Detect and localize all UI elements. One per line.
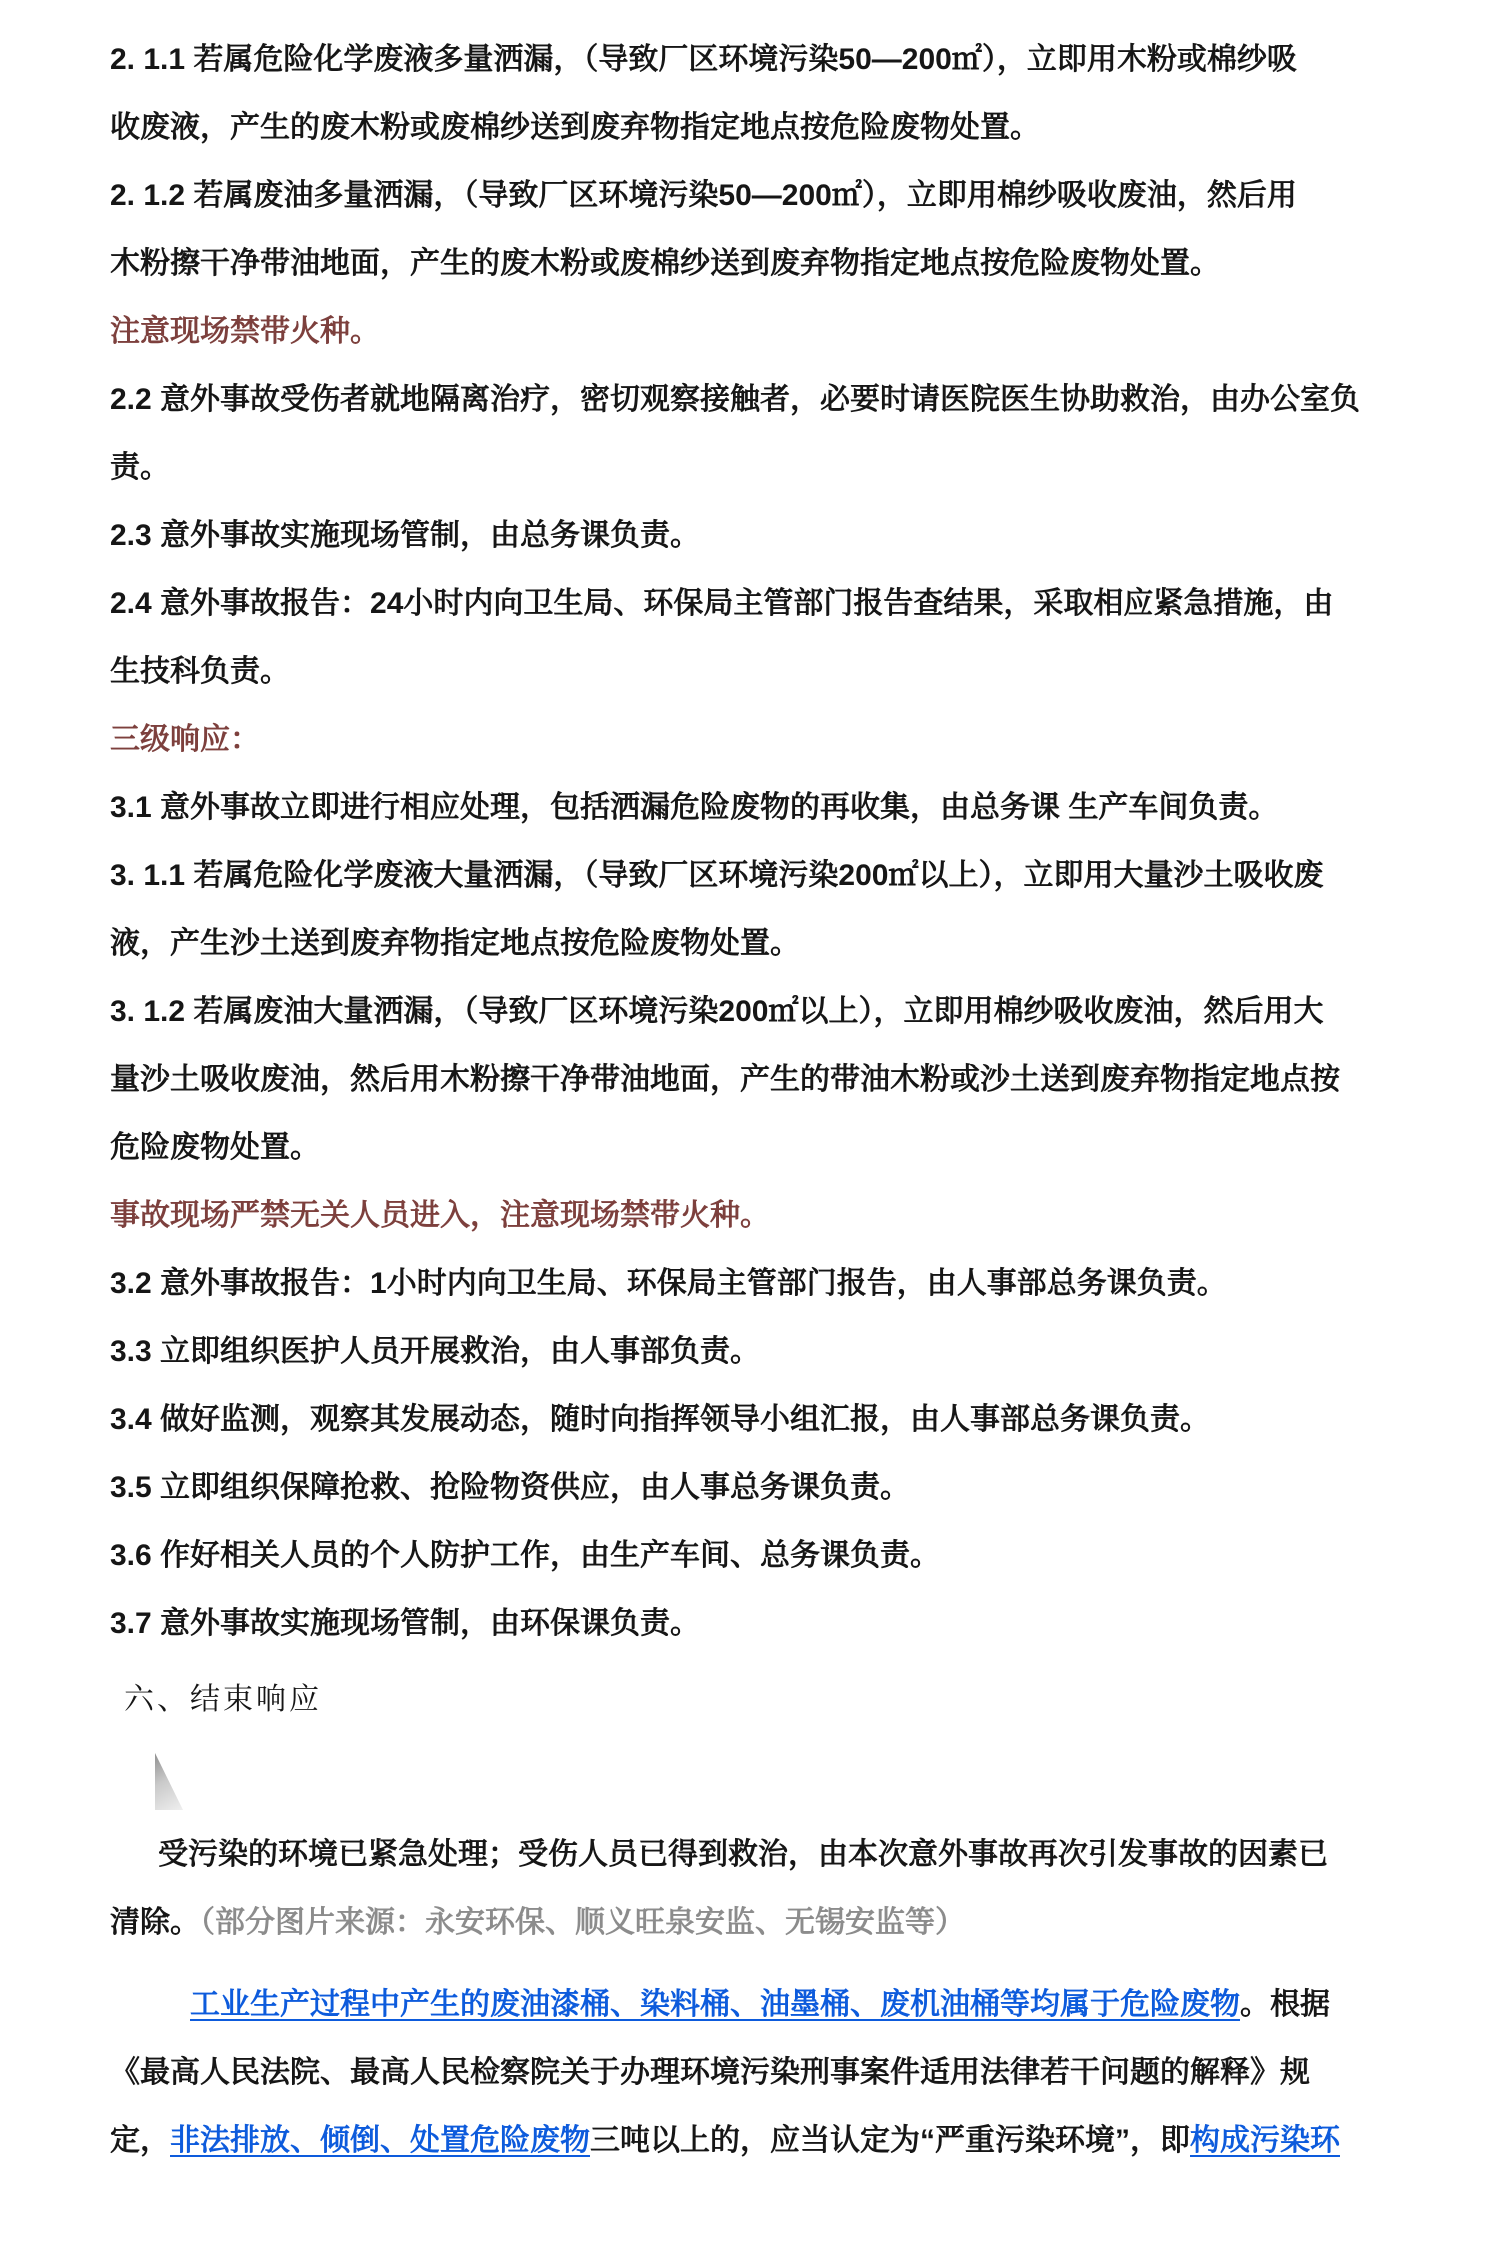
text-line: 3.4 做好监测，观察其发展动态，随时向指挥领导小组汇报，由人事部总务课负责。 [110,1386,1399,1454]
text-line: 责。 [110,434,1399,502]
page-curl-triangle-icon [155,1753,183,1810]
body-text: 2.2 意外事故受伤者就地隔离治疗，密切观察接触者，必要时请医院医生协助救治，由… [110,383,1360,416]
body-text: 2. 1.1 若属危险化学废液多量洒漏，（导致厂区环境污染50—200㎡），立即… [110,43,1297,76]
body-text: 2. 1.2 若属废油多量洒漏，（导致厂区环境污染50—200㎡），立即用棉纱吸… [110,179,1297,212]
text-line: 2.3 意外事故实施现场管制，由总务课负责。 [110,502,1399,570]
text-line: 定，非法排放、倾倒、处置危险废物三吨以上的，应当认定为“严重污染环境”，即构成污… [110,2107,1399,2175]
body-text: 3.1 意外事故立即进行相应处理，包括洒漏危险废物的再收集，由总务课 生产车间负… [110,791,1278,824]
text-line: 危险废物处置。 [110,1114,1399,1182]
text-line: 量沙土吸收废油，然后用木粉擦干净带油地面，产生的带油木粉或沙土送到废弃物指定地点… [110,1046,1399,1114]
warning-text: 三级响应： [110,723,260,756]
text-line: 事故现场严禁无关人员进入，注意现场禁带火种。 [110,1182,1399,1250]
body-text: 3. 1.1 若属危险化学废液大量洒漏，（导致厂区环境污染200㎡以上），立即用… [110,859,1323,892]
body-text: 清除。 [110,1906,200,1939]
text-line: 2. 1.2 若属废油多量洒漏，（导致厂区环境污染50—200㎡），立即用棉纱吸… [110,162,1399,230]
body-text: 3.2 意外事故报告：1小时内向卫生局、环保局主管部门报告，由人事部总务课负责。 [110,1267,1227,1300]
body-text: 3.6 作好相关人员的个人防护工作，由生产车间、总务课负责。 [110,1539,940,1572]
document-body: 2. 1.1 若属危险化学废液多量洒漏，（导致厂区环境污染50—200㎡），立即… [110,26,1399,2175]
body-text: 受污染的环境已紧急处理；受伤人员已得到救治，由本次意外事故再次引发事故的因素已 [158,1838,1328,1871]
section-heading: 六、结束响应 [110,1666,1399,1734]
body-text: 三吨以上的，应当认定为“严重污染环境”，即 [590,2124,1190,2157]
body-text: 定， [110,2124,170,2157]
text-line: 《最高人民法院、最高人民检察院关于办理环境污染刑事案件适用法律若干问题的解释》规 [110,2039,1399,2107]
text-line: 3.1 意外事故立即进行相应处理，包括洒漏危险废物的再收集，由总务课 生产车间负… [110,774,1399,842]
body-text: 六、结束响应 [124,1683,322,1716]
body-text: 3.5 立即组织保障抢救、抢险物资供应，由人事总务课负责。 [110,1471,910,1504]
text-line: 3.2 意外事故报告：1小时内向卫生局、环保局主管部门报告，由人事部总务课负责。 [110,1250,1399,1318]
text-line: 3. 1.1 若属危险化学废液大量洒漏，（导致厂区环境污染200㎡以上），立即用… [110,842,1399,910]
text-line: 工业生产过程中产生的废油漆桶、染料桶、油墨桶、废机油桶等均属于危险废物。根据 [110,1971,1399,2039]
document-page: 2. 1.1 若属危险化学废液多量洒漏，（导致厂区环境污染50—200㎡），立即… [0,0,1499,2261]
body-text: 2.3 意外事故实施现场管制，由总务课负责。 [110,519,700,552]
source-note-text: （部分图片来源：永安环保、顺义旺泉安监、无锡安监等） [200,1906,965,1939]
text-line: 2. 1.1 若属危险化学废液多量洒漏，（导致厂区环境污染50—200㎡），立即… [110,26,1399,94]
text-line: 2.4 意外事故报告：24小时内向卫生局、环保局主管部门报告查结果，采取相应紧急… [110,570,1399,638]
text-line: 3.7 意外事故实施现场管制，由环保课负责。 [110,1590,1399,1658]
text-line: 清除。（部分图片来源：永安环保、顺义旺泉安监、无锡安监等） [110,1889,1399,1957]
text-line: 液，产生沙土送到废弃物指定地点按危险废物处置。 [110,910,1399,978]
text-line: 2.2 意外事故受伤者就地隔离治疗，密切观察接触者，必要时请医院医生协助救治，由… [110,366,1399,434]
inline-link[interactable]: 构成污染环 [1190,2124,1340,2157]
warning-text: 事故现场严禁无关人员进入，注意现场禁带火种。 [110,1199,770,1232]
body-text: 收废液，产生的废木粉或废棉纱送到废弃物指定地点按危险废物处置。 [110,111,1040,144]
text-line: 3.6 作好相关人员的个人防护工作，由生产车间、总务课负责。 [110,1522,1399,1590]
body-text: 3.7 意外事故实施现场管制，由环保课负责。 [110,1607,700,1640]
text-line: 木粉擦干净带油地面，产生的废木粉或废棉纱送到废弃物指定地点按危险废物处置。 [110,230,1399,298]
body-text: 。根据 [1240,1988,1330,2021]
body-text: 生技科负责。 [110,655,290,688]
body-text: 2.4 意外事故报告：24小时内向卫生局、环保局主管部门报告查结果，采取相应紧急… [110,587,1333,620]
text-line: 注意现场禁带火种。 [110,298,1399,366]
body-text: 《最高人民法院、最高人民检察院关于办理环境污染刑事案件适用法律若干问题的解释》规 [110,2056,1310,2089]
body-text: 量沙土吸收废油，然后用木粉擦干净带油地面，产生的带油木粉或沙土送到废弃物指定地点… [110,1063,1340,1096]
text-line: 3.5 立即组织保障抢救、抢险物资供应，由人事总务课负责。 [110,1454,1399,1522]
text-line: 生技科负责。 [110,638,1399,706]
text-line: 三级响应： [110,706,1399,774]
text-line: 收废液，产生的废木粉或废棉纱送到废弃物指定地点按危险废物处置。 [110,94,1399,162]
text-line: 3.3 立即组织医护人员开展救治，由人事部负责。 [110,1318,1399,1386]
body-text: 3.4 做好监测，观察其发展动态，随时向指挥领导小组汇报，由人事部总务课负责。 [110,1403,1210,1436]
marker-row [110,1753,1399,1810]
text-line: 3. 1.2 若属废油大量洒漏，（导致厂区环境污染200㎡以上），立即用棉纱吸收… [110,978,1399,1046]
body-text: 3.3 立即组织医护人员开展救治，由人事部负责。 [110,1335,760,1368]
body-text: 液，产生沙土送到废弃物指定地点按危险废物处置。 [110,927,800,960]
body-text: 责。 [110,451,170,484]
body-text: 危险废物处置。 [110,1131,320,1164]
warning-text: 注意现场禁带火种。 [110,315,380,348]
body-text: 木粉擦干净带油地面，产生的废木粉或废棉纱送到废弃物指定地点按危险废物处置。 [110,247,1220,280]
inline-link[interactable]: 非法排放、倾倒、处置危险废物 [170,2124,590,2157]
inline-link[interactable]: 工业生产过程中产生的废油漆桶、染料桶、油墨桶、废机油桶等均属于危险废物 [190,1988,1240,2021]
text-line: 受污染的环境已紧急处理；受伤人员已得到救治，由本次意外事故再次引发事故的因素已 [110,1821,1399,1889]
body-text: 3. 1.2 若属废油大量洒漏，（导致厂区环境污染200㎡以上），立即用棉纱吸收… [110,995,1323,1028]
